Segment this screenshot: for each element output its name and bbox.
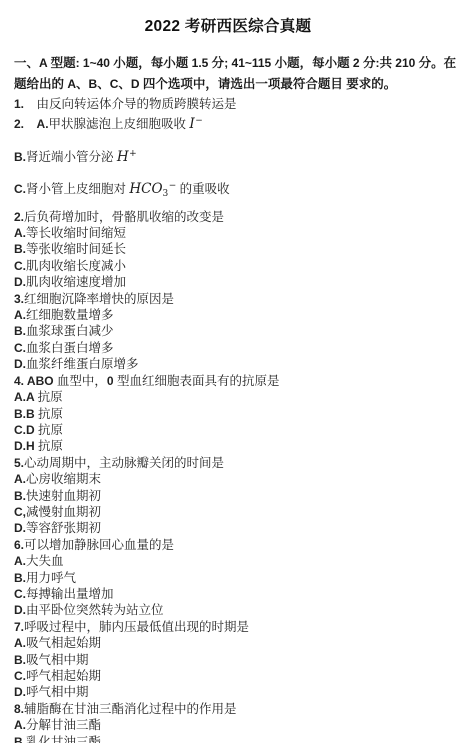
q8-option-a: A.分解甘油三酯 [14,717,442,733]
q4-option-a: A.A 抗原 [14,389,442,405]
q3: 3.红细胞沉降率增快的原因是 [14,291,442,307]
latin-text: C [110,77,119,91]
q1: 1. 由反向转运体介导的物质跨膜转运是 [14,96,442,112]
math-formula: I− [189,116,202,132]
latin-text: 1.5 [188,56,211,70]
latin-text: B. [14,150,26,164]
latin-text: B. [14,735,26,743]
latin-text: A. [37,117,49,131]
latin-text: A. [14,472,26,486]
latin-text: B. [14,489,26,503]
q5-option-c: C,减慢射血期初 [14,504,442,520]
latin-text: C.D [14,423,38,437]
q4-option-b: B.B 抗原 [14,406,442,422]
q7-option-b: B.吸气相中期 [14,652,442,668]
math-base: H [117,149,129,165]
latin-text: B.B [14,407,38,421]
latin-text: C. [14,259,26,273]
q6-option-b: B.用力呼气 [14,570,442,586]
latin-text: 0 [107,374,117,388]
latin-text: : 1~40 [76,56,114,70]
q3-option-d: D.血浆纤维蛋白原增多 [14,356,442,372]
latin-text: D. [14,521,26,535]
q1-option-c: C.肾小管上皮细胞对 HCO3− 的重吸收 [14,181,442,199]
latin-text: 5. [14,456,24,470]
instructions-line-1: 一、A 型题: 1~40 小题，每小题 1.5 分; 41~115 小题，每小题… [14,53,442,74]
latin-text: C, [14,505,26,519]
exam-instructions: 一、A 型题: 1~40 小题，每小题 1.5 分; 41~115 小题，每小题… [14,53,442,95]
latin-text: B. [14,242,26,256]
latin-text: : [375,56,379,70]
q8: 8.辅脂酶在甘油三酯消化过程中的作用是 [14,701,442,717]
latin-text: 2 [350,56,363,70]
latin-text [176,182,179,196]
q5: 5.心动周期中，主动脉瓣关闭的时间是 [14,455,442,471]
q8-option-b: B.乳化甘油三酯 [14,734,442,743]
q2-option-d: D.肌肉收缩速度增加 [14,274,442,290]
q1-option-b: B.肾近端小管分泌 H+ [14,149,442,167]
latin-text: B. [14,324,26,338]
math-base: I [189,116,194,132]
math-superscript: + [129,149,137,159]
latin-text: D [131,77,143,91]
latin-text: 8. [14,702,24,716]
q2-option-a: A.等长收缩时间缩短 [14,225,442,241]
latin-text: C. [14,182,26,196]
q5-option-b: B.快速射血期初 [14,488,442,504]
q7-option-c: C.呼气相起始期 [14,668,442,684]
latin-text: D. [14,275,26,289]
q4: 4. ABO 血型中，0 型血红细胞表面具有的抗原是 [14,373,442,389]
latin-text: C. [14,341,26,355]
q2: 2.后负荷增加时，骨骼肌收缩的改变是 [14,209,442,225]
latin-text: B. [14,653,26,667]
q7-option-a: A.吸气相起始期 [14,635,442,651]
q3-option-b: B.血浆球蛋白减少 [14,323,442,339]
latin-text: D.H [14,439,38,453]
q6: 6.可以增加静脉回心血量的是 [14,537,442,553]
latin-text: A. [14,718,26,732]
latin-text: ; 41~115 [224,56,274,70]
latin-text [343,77,346,91]
latin-text: 2. [14,117,24,131]
instructions-line-2: 题给出的 A、B、C、D 四个选项中，请选出一项最符合题目 要求的。 [14,74,442,95]
q6-option-c: C.每搏输出量增加 [14,586,442,602]
q5-option-a: A.心房收缩期末 [14,471,442,487]
math-superscript: − [169,181,177,191]
latin-text: A. [14,226,26,240]
latin-text: A. [14,554,26,568]
latin-text: C. [14,587,26,601]
latin-text: 1. [14,97,24,111]
latin-text: D. [14,603,26,617]
latin-text: A. [14,636,26,650]
math-formula: H+ [117,149,137,165]
q7: 7.呼吸过程中，肺内压最低值出现的时期是 [14,619,442,635]
latin-text: A. [14,308,26,322]
latin-text: B. [14,571,26,585]
question-list: 1. 由反向转运体介导的物质跨膜转运是2. A.甲状腺滤泡上皮细胞吸收 I−B.… [14,96,442,743]
q3-option-a: A.红细胞数量增多 [14,307,442,323]
q6-option-a: A.大失血 [14,553,442,569]
q4-option-d: D.H 抗原 [14,438,442,454]
q2-option-c: C.肌肉收缩长度减小 [14,258,442,274]
math-superscript: − [195,116,203,126]
exam-document-page: 2022 考研西医综合真题 一、A 型题: 1~40 小题，每小题 1.5 分;… [0,17,456,743]
latin-text: 2. [14,210,24,224]
page-title: 2022 考研西医综合真题 [14,17,442,37]
latin-text: B [89,77,98,91]
latin-text: C. [14,669,26,683]
latin-text: A [64,77,76,91]
latin-text: 4. ABO [14,374,57,388]
math-formula: HCO3− [129,181,176,197]
math-base: HCO [129,181,162,197]
q4-option-c: C.D 抗原 [14,422,442,438]
latin-text: 7. [14,620,24,634]
math-subscript: 3 [163,189,169,199]
latin-text: D. [14,685,26,699]
latin-text: D. [14,357,26,371]
q7-option-d: D.呼气相中期 [14,684,442,700]
q6-option-d: D.由平卧位突然转为站立位 [14,602,442,618]
q1-option-a: 2. A.甲状腺滤泡上皮细胞吸收 I− [14,116,442,134]
latin-text: A [39,56,51,70]
q2-option-b: B.等张收缩时间延长 [14,241,442,257]
latin-text: A.A [14,390,38,404]
q3-option-c: C.血浆白蛋白增多 [14,340,442,356]
latin-text: 3. [14,292,24,306]
q5-option-d: D.等容舒张期初 [14,520,442,536]
latin-text: 6. [14,538,24,552]
latin-text: 210 [392,56,419,70]
